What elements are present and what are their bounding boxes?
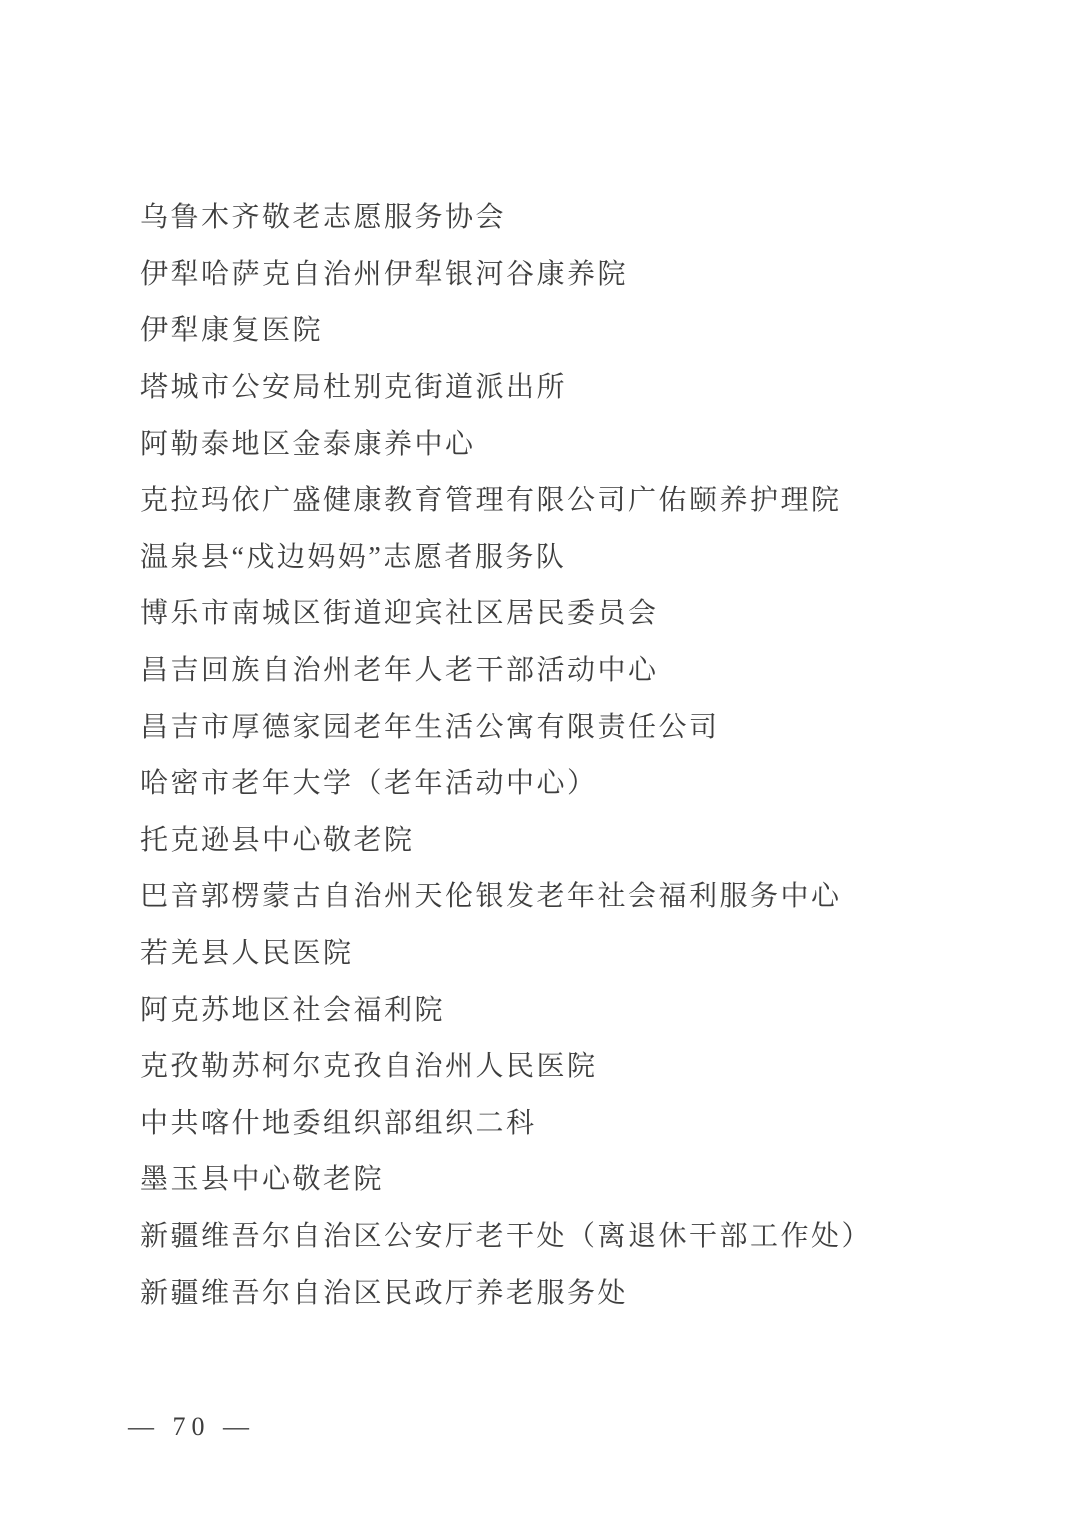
org-list-item: 墨玉县中心敬老院 (140, 1149, 1020, 1206)
org-list-item: 若羌县人民医院 (140, 923, 1020, 980)
org-list-item: 伊犁哈萨克自治州伊犁银河谷康养院 (140, 244, 1020, 301)
org-list-item: 博乐市南城区街道迎宾社区居民委员会 (140, 583, 1020, 640)
org-list-item: 克孜勒苏柯尔克孜自治州人民医院 (140, 1036, 1020, 1093)
org-list-item: 乌鲁木齐敬老志愿服务协会 (140, 187, 1020, 244)
org-list-item: 昌吉回族自治州老年人老干部活动中心 (140, 640, 1020, 697)
org-list-item: 阿克苏地区社会福利院 (140, 979, 1020, 1036)
org-list-item: 阿勒泰地区金泰康养中心 (140, 413, 1020, 470)
org-list-item: 新疆维吾尔自治区民政厅养老服务处 (140, 1262, 1020, 1319)
org-list-item: 昌吉市厚德家园老年生活公寓有限责任公司 (140, 696, 1020, 753)
org-list-item: 克拉玛依广盛健康教育管理有限公司广佑颐养护理院 (140, 470, 1020, 527)
org-list-item: 伊犁康复医院 (140, 300, 1020, 357)
org-list-item: 塔城市公安局杜别克街道派出所 (140, 357, 1020, 414)
document-page: 乌鲁木齐敬老志愿服务协会 伊犁哈萨克自治州伊犁银河谷康养院 伊犁康复医院 塔城市… (0, 0, 1080, 1527)
org-list-item: 温泉县“戍边妈妈”志愿者服务队 (140, 527, 1020, 584)
org-list-item: 中共喀什地委组织部组织二科 (140, 1093, 1020, 1150)
org-name-list: 乌鲁木齐敬老志愿服务协会 伊犁哈萨克自治州伊犁银河谷康养院 伊犁康复医院 塔城市… (140, 187, 1020, 1319)
org-list-item: 托克逊县中心敬老院 (140, 810, 1020, 867)
org-list-item: 新疆维吾尔自治区公安厅老干处（离退休干部工作处） (140, 1206, 1020, 1263)
page-number: — 70 — (128, 1412, 255, 1442)
org-list-item: 巴音郭楞蒙古自治州天伦银发老年社会福利服务中心 (140, 866, 1020, 923)
org-list-item: 哈密市老年大学（老年活动中心） (140, 753, 1020, 810)
